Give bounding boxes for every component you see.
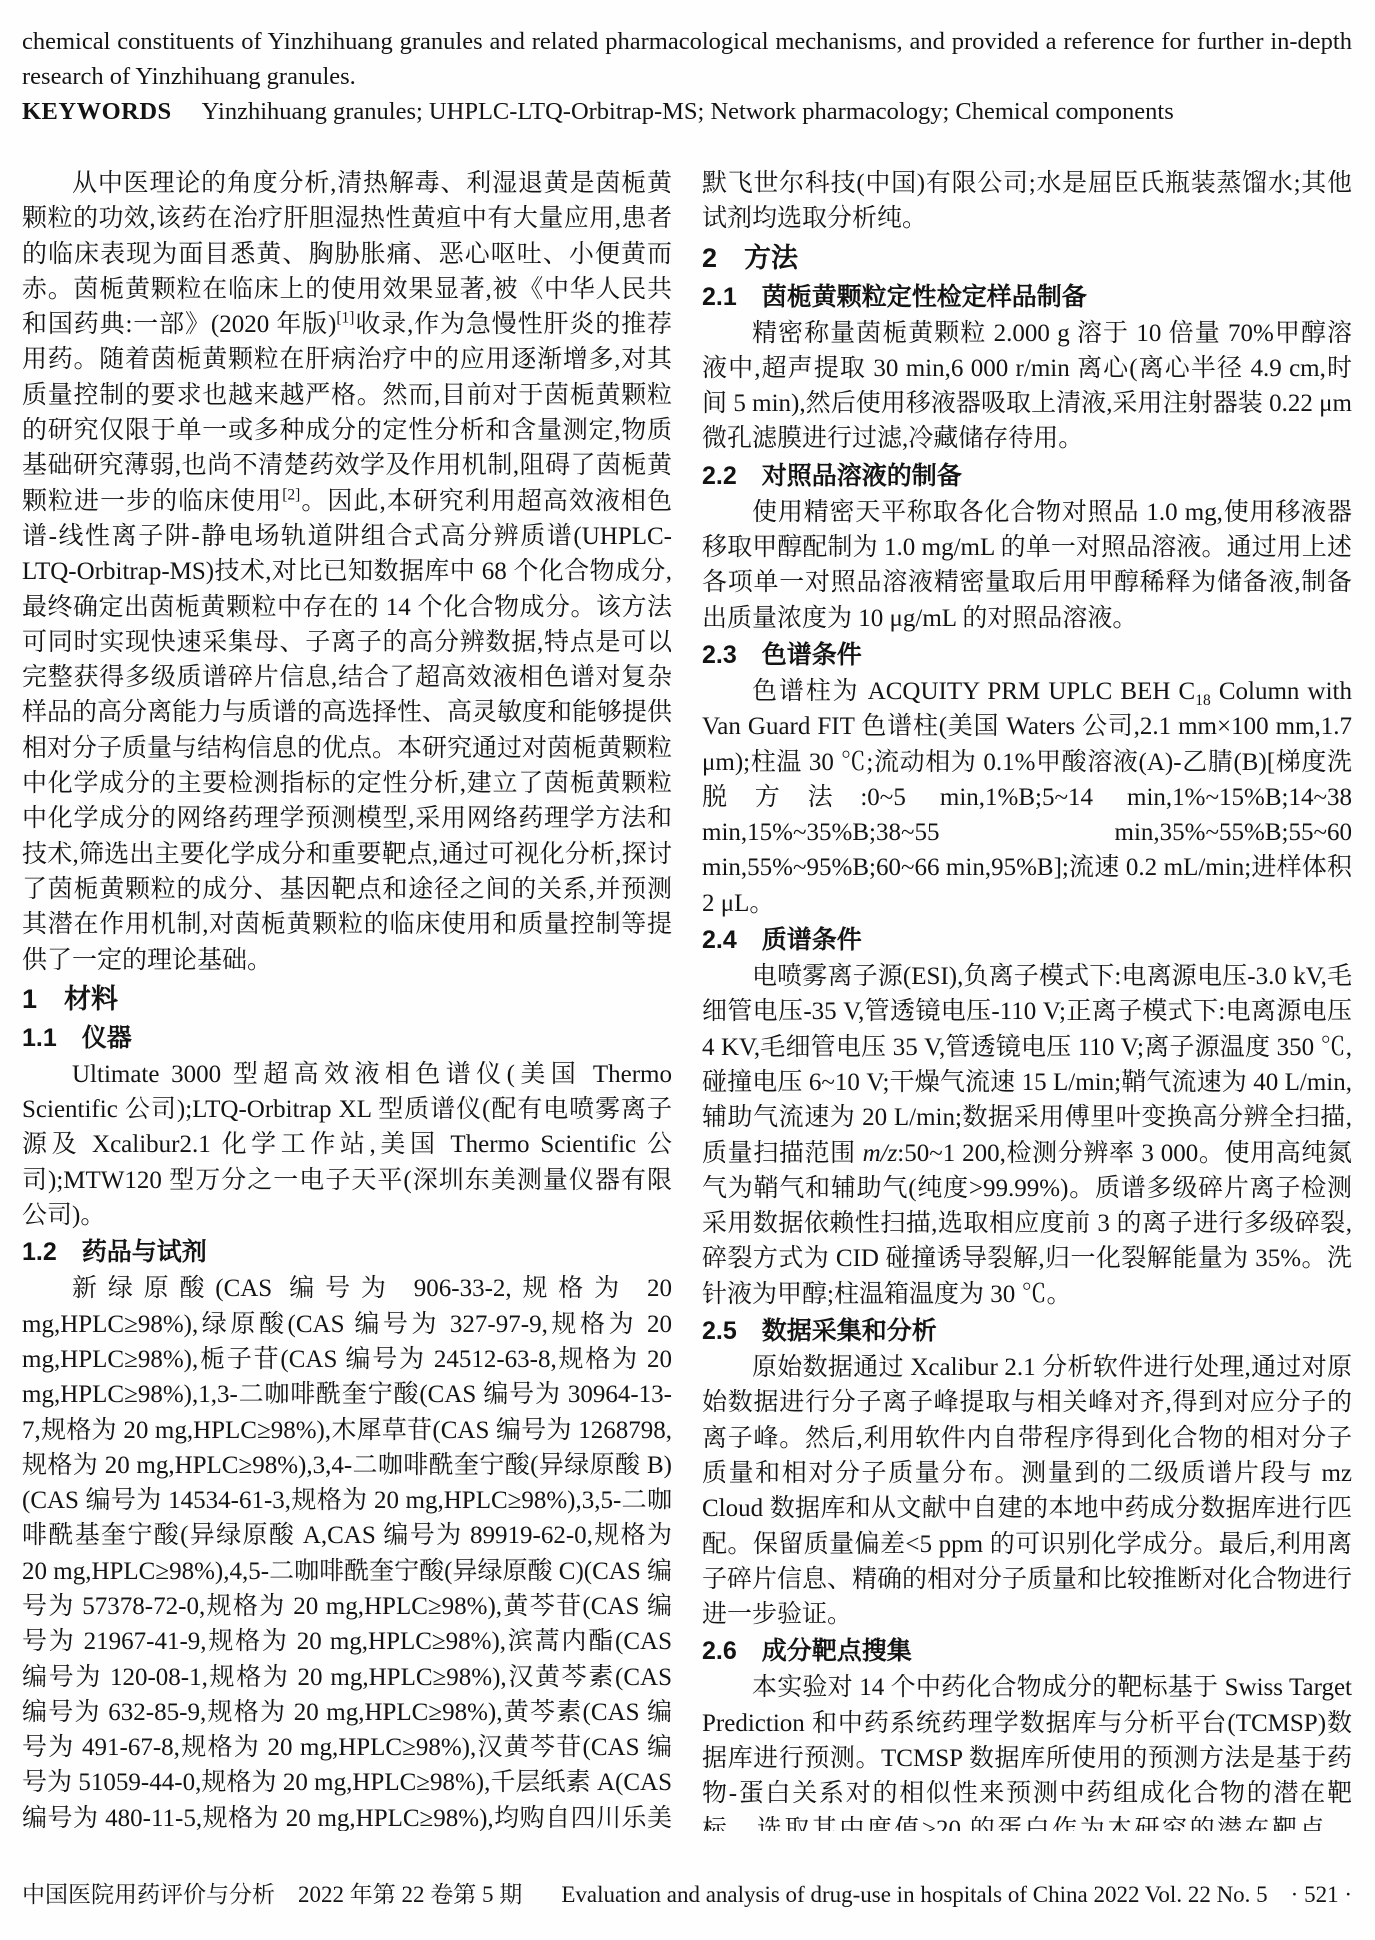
text-run-sub: 18 [1195,692,1211,709]
text-run: Ultimate 3000 型超高效液相色谱仪(美国 Thermo Scient… [22,1061,672,1229]
text-run: 原始数据通过 Xcalibur 2.1 分析软件进行处理,通过对原始数据进行分子… [702,1354,1352,1628]
keywords-text: Yinzhihuang granules; UHPLC-LTQ-Orbitrap… [202,98,1174,125]
text-run: 色谱柱为 ACQUITY PRM UPLC BEH C [752,678,1195,705]
text-run: 本实验对 14 个中药化合物成分的靶标基于 Swiss Target Predi… [702,1674,1352,1831]
text-run: 新绿原酸(CAS 编号为 906-33-2,规格为 20 mg,HPLC≥98%… [22,1275,672,1831]
text-run: 1 材料 [22,984,118,1014]
text-run-sup: [2] [282,486,300,503]
keywords-line: KEYWORDSYinzhihuang granules; UHPLC-LTQ-… [22,94,1352,129]
text-run: 2.5 数据采集和分析 [702,1317,937,1345]
paragraph: 新绿原酸(CAS 编号为 906-33-2,规格为 20 mg,HPLC≥98%… [22,1271,672,1831]
text-run: 1.1 仪器 [22,1024,132,1052]
paragraph: 使用精密天平称取各化合物对照品 1.0 mg,使用移液器移取甲醇配制为 1.0 … [702,495,1352,636]
text-run: Column with Van Guard FIT 色谱柱(美国 Waters … [702,678,1352,917]
text-run: 。因此,本研究利用超高效液相色谱-线性离子阱-静电场轨道阱组合式高分辨质谱(UH… [22,488,672,974]
text-run-i: m/z [863,1140,898,1167]
text-run: 2.6 成分靶点搜集 [702,1637,912,1665]
keywords-label: KEYWORDS [22,98,172,125]
footer-journal-en: Evaluation and analysis of drug-use in h… [561,1880,1352,1910]
text-run: 2 方法 [702,243,798,273]
section-heading-level2: 2.3 色谱条件 [702,637,1352,674]
text-run: 2.3 色谱条件 [702,641,862,669]
right-column: 默飞世尔科技(中国)有限公司;水是屈臣氏瓶装蒸馏水;其他试剂均选取分析纯。2 方… [702,166,1352,1831]
section-heading-level2: 2.6 成分靶点搜集 [702,1633,1352,1670]
footer-journal-cn: 中国医院用药评价与分析 2022 年第 22 卷第 5 期 [22,1880,522,1910]
text-run: 精密称量茵栀黄颗粒 2.000 g 溶于 10 倍量 70%甲醇溶液中,超声提取… [702,320,1352,453]
text-run: 2.1 茵栀黄颗粒定性检定样品制备 [702,283,1087,311]
section-heading-level2: 2.5 数据采集和分析 [702,1313,1352,1350]
text-run-sup: [1] [336,310,354,327]
page-footer: 中国医院用药评价与分析 2022 年第 22 卷第 5 期 Evaluation… [22,1880,1352,1910]
section-heading-level1: 2 方法 [702,239,1352,278]
paragraph: 原始数据通过 Xcalibur 2.1 分析软件进行处理,通过对原始数据进行分子… [702,1350,1352,1632]
paragraph: 默飞世尔科技(中国)有限公司;水是屈臣氏瓶装蒸馏水;其他试剂均选取分析纯。 [702,166,1352,237]
text-run: 电喷雾离子源(ESI),负离子模式下:电离源电压-3.0 kV,毛细管电压-35… [702,963,1352,1166]
text-run: 2.2 对照品溶液的制备 [702,462,962,490]
section-heading-level1: 1 材料 [22,980,672,1019]
paragraph: 从中医理论的角度分析,清热解毒、利湿退黄是茵栀黄颗粒的功效,该药在治疗肝胆湿热性… [22,166,672,978]
paragraph: 电喷雾离子源(ESI),负离子模式下:电离源电压-3.0 kV,毛细管电压-35… [702,959,1352,1312]
text-run: 收录,作为急慢性肝炎的推荐用药。随着茵栀黄颗粒在肝病治疗中的应用逐渐增多,对其质… [22,311,672,514]
text-run: 默飞世尔科技(中国)有限公司;水是屈臣氏瓶装蒸馏水;其他试剂均选取分析纯。 [702,170,1352,232]
paragraph: 色谱柱为 ACQUITY PRM UPLC BEH C18 Column wit… [702,674,1352,921]
section-heading-level2: 1.2 药品与试剂 [22,1234,672,1271]
text-run: 使用精密天平称取各化合物对照品 1.0 mg,使用移液器移取甲醇配制为 1.0 … [702,499,1352,632]
section-heading-level2: 2.4 质谱条件 [702,922,1352,959]
two-column-body: 从中医理论的角度分析,清热解毒、利湿退黄是茵栀黄颗粒的功效,该药在治疗肝胆湿热性… [22,166,1352,1831]
paragraph: 精密称量茵栀黄颗粒 2.000 g 溶于 10 倍量 70%甲醇溶液中,超声提取… [702,316,1352,457]
left-column: 从中医理论的角度分析,清热解毒、利湿退黄是茵栀黄颗粒的功效,该药在治疗肝胆湿热性… [22,166,672,1831]
section-heading-level2: 2.2 对照品溶液的制备 [702,458,1352,495]
paper-page: chemical constituents of Yinzhihuang gra… [0,0,1375,1940]
section-heading-level2: 1.1 仪器 [22,1020,672,1057]
abstract-continuation-text: chemical constituents of Yinzhihuang gra… [22,24,1352,94]
text-run: 2.4 质谱条件 [702,926,862,954]
paragraph: 本实验对 14 个中药化合物成分的靶标基于 Swiss Target Predi… [702,1670,1352,1831]
text-run: 1.2 药品与试剂 [22,1238,207,1266]
section-heading-level2: 2.1 茵栀黄颗粒定性检定样品制备 [702,279,1352,316]
paragraph: Ultimate 3000 型超高效液相色谱仪(美国 Thermo Scient… [22,1057,672,1233]
